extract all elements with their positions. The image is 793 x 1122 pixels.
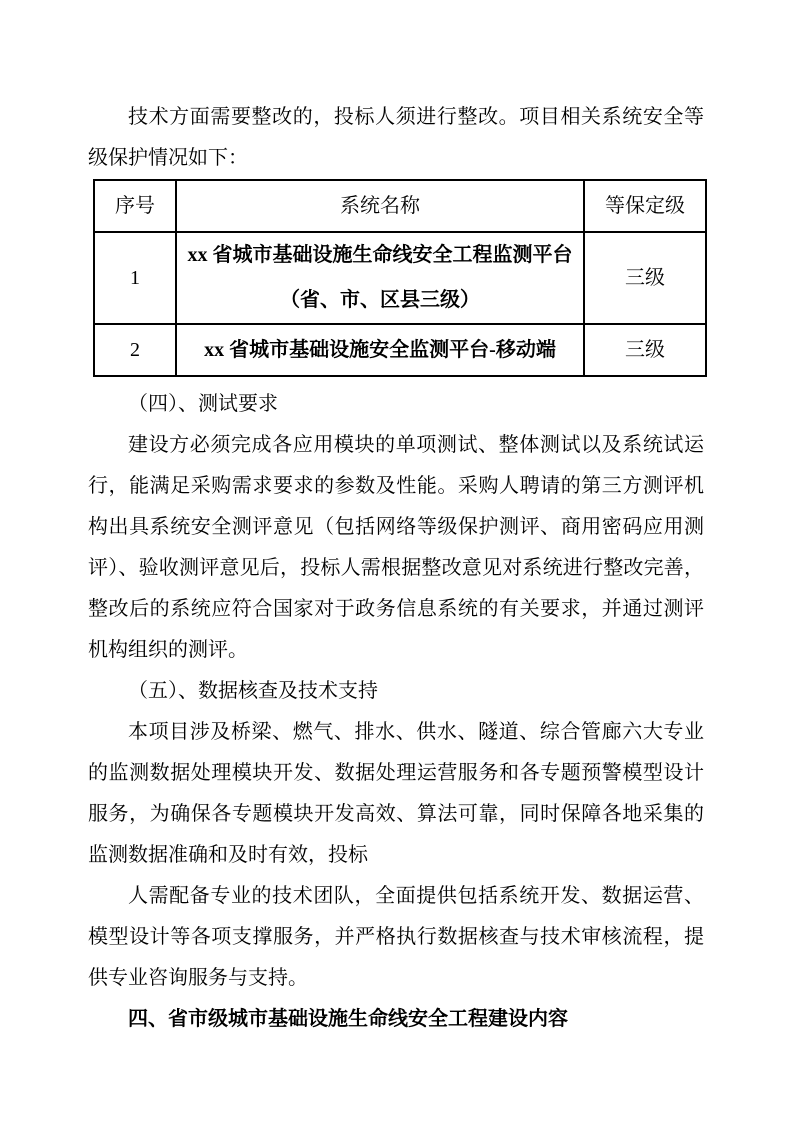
row-no: 2: [94, 324, 176, 376]
table-header-row: 序号 系统名称 等保定级: [94, 180, 706, 232]
section-4-heading: （四）、测试要求: [88, 384, 704, 425]
row-system-name: xx 省城市基础设施安全监测平台-移动端: [176, 324, 584, 376]
section-5-body-part1: 本项目涉及桥梁、燃气、排水、供水、隧道、综合管廊六大专业的监测数据处理模块开发、…: [88, 712, 704, 876]
table-header-system-name: 系统名称: [176, 180, 584, 232]
section-5-body-part2: 人需配备专业的技术团队，全面提供包括系统开发、数据运营、模型设计等各项支撑服务，…: [88, 876, 704, 999]
table-header-no: 序号: [94, 180, 176, 232]
table-header-protection-level: 等保定级: [584, 180, 706, 232]
row-protection-level: 三级: [584, 232, 706, 324]
document-page: 技术方面需要整改的，投标人须进行整改。项目相关系统安全等级保护情况如下： 序号 …: [0, 0, 793, 1122]
table-row: 1 xx 省城市基础设施生命线安全工程监测平台（省、市、区县三级） 三级: [94, 232, 706, 324]
row-no: 1: [94, 232, 176, 324]
paragraph-intro: 技术方面需要整改的，投标人须进行整改。项目相关系统安全等级保护情况如下：: [88, 97, 704, 179]
chapter-4-heading: 四、省市级城市基础设施生命线安全工程建设内容: [88, 999, 704, 1040]
section-5-heading: （五）、数据核查及技术支持: [88, 671, 704, 712]
section-4-body: 建设方必须完成各应用模块的单项测试、整体测试以及系统试运行，能满足采购需求要求的…: [88, 425, 704, 671]
row-system-name: xx 省城市基础设施生命线安全工程监测平台（省、市、区县三级）: [176, 232, 584, 324]
table-row: 2 xx 省城市基础设施安全监测平台-移动端 三级: [94, 324, 706, 376]
row-protection-level: 三级: [584, 324, 706, 376]
security-level-table: 序号 系统名称 等保定级 1 xx 省城市基础设施生命线安全工程监测平台（省、市…: [93, 179, 707, 377]
